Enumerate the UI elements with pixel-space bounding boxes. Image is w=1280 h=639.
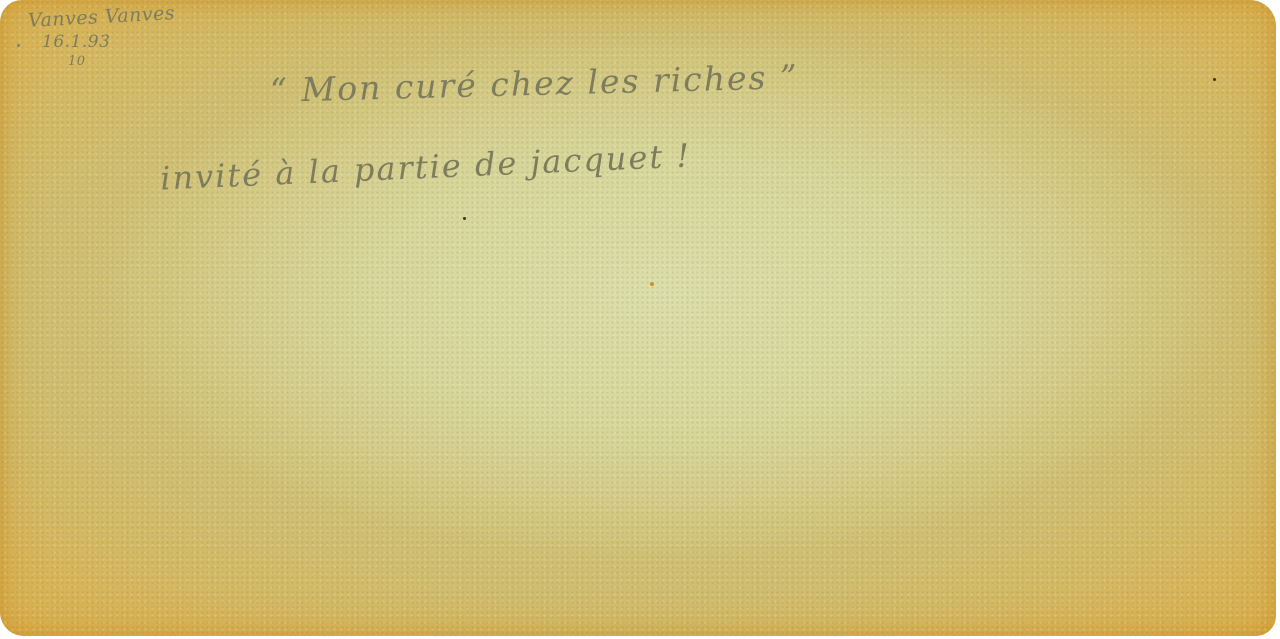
paper-speck xyxy=(463,217,466,220)
caption-line-2: invité à la partie de jacquet ! xyxy=(159,136,692,197)
paper-speck xyxy=(1213,78,1216,81)
stereoview-card-back: Vanves Vanves 16.1.93 10 “ Mon curé chez… xyxy=(0,0,1276,636)
paper-speck xyxy=(17,44,20,47)
corner-place-note: Vanves Vanves xyxy=(28,2,176,32)
paper-speck xyxy=(650,282,654,286)
corner-number-note: 10 xyxy=(68,54,86,69)
corner-date-note: 16.1.93 xyxy=(42,32,110,52)
caption-line-1: “ Mon curé chez les riches ” xyxy=(270,57,800,110)
